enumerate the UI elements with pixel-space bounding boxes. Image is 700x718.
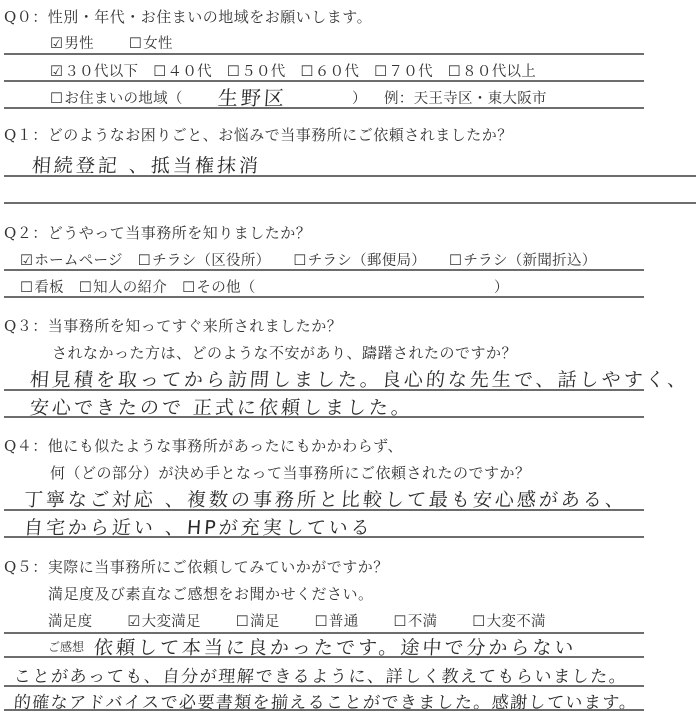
checkbox-empty-icon: ☐ <box>79 280 92 296</box>
satisfaction-option-dissatisfied[interactable]: ☐不満 <box>393 614 437 630</box>
q2-row-1: ☑ホームページ ☐チラシ（区役所） ☐チラシ（郵便局） ☐チラシ（新聞折込） <box>20 249 597 270</box>
source-option-signboard[interactable]: ☐看板 <box>20 280 64 296</box>
checkbox-empty-icon: ☐ <box>50 91 63 107</box>
source-option-other[interactable]: ☐その他（ <box>182 280 256 296</box>
answer-line <box>4 175 696 177</box>
age-option-30s-under[interactable]: ☑３０代以下 <box>50 64 138 80</box>
q4-answer-line-1[interactable]: 丁寧なご対応 、複数の事務所と比較して最も安心感がある、 <box>23 485 628 512</box>
q2-row-2: ☐看板 ☐知人の紹介 ☐その他（ <box>20 276 256 297</box>
q3-question: Q３：当事務所を知ってすぐ来所されましたか？ <box>4 315 342 336</box>
age-option-60s[interactable]: ☐６０代 <box>301 64 360 80</box>
divider-line <box>4 296 644 298</box>
answer-line <box>4 536 644 538</box>
gender-option-male[interactable]: ☑男性 <box>50 36 94 52</box>
q3-subquestion: されなかった方は、どのような不安があり、躊躇されたのですか？ <box>52 342 517 363</box>
answer-line <box>4 202 696 204</box>
checkbox-empty-icon: ☐ <box>293 253 306 269</box>
checkbox-checked-icon: ☑ <box>50 36 63 52</box>
checkbox-checked-icon: ☑ <box>20 253 33 269</box>
checkbox-checked-icon: ☑ <box>50 64 63 80</box>
checkbox-empty-icon: ☐ <box>315 614 328 630</box>
answer-line <box>4 509 644 511</box>
checkbox-empty-icon: ☐ <box>129 36 142 52</box>
q2-question: Q２：どうやって当事務所を知りましたか？ <box>4 222 311 243</box>
gender-option-female[interactable]: ☐女性 <box>129 36 173 52</box>
q1-answer-line-1[interactable]: 相続登記 、抵当権抹消 <box>31 151 262 178</box>
age-option-70s[interactable]: ☐７０代 <box>374 64 433 80</box>
q4-subquestion: 何（どの部分）が決め手となって当事務所にご依頼されたのですか？ <box>50 462 531 483</box>
answer-line <box>4 656 644 658</box>
q3-answer-line-1[interactable]: 相見積を取ってから訪問しました。良心的な先生で、話しやすく、 <box>29 365 690 392</box>
q0-age-row: ☑３０代以下 ☐４０代 ☐５０代 ☐６０代 ☐７０代 ☐８０代以上 <box>50 60 536 81</box>
area-label: お住まいの地域（ <box>64 91 182 107</box>
impression-label: ご感想 <box>48 638 84 655</box>
satisfaction-label: 満足度 <box>48 614 92 630</box>
satisfaction-option-satisfied[interactable]: ☐満足 <box>236 614 280 630</box>
source-option-homepage[interactable]: ☑ホームページ <box>20 253 123 269</box>
q0-area-row: ☐お住まいの地域（ <box>50 87 183 108</box>
divider-line <box>4 80 644 82</box>
age-option-80s-over[interactable]: ☐８０代以上 <box>448 64 536 80</box>
satisfaction-option-very-satisfied[interactable]: ☑大変満足 <box>127 614 201 630</box>
q1-question: Q１：どのようなお困りごと、お悩みで当事務所にご依頼されましたか？ <box>4 124 513 145</box>
checkbox-empty-icon: ☐ <box>448 64 461 80</box>
divider-line <box>4 107 644 109</box>
answer-line <box>4 685 644 687</box>
area-close-paren: ） <box>352 87 367 108</box>
satisfaction-option-neutral[interactable]: ☐普通 <box>315 614 359 630</box>
checkbox-empty-icon: ☐ <box>227 64 240 80</box>
checkbox-empty-icon: ☐ <box>236 614 249 630</box>
area-example: 例：天王寺区・東大阪市 <box>384 87 547 108</box>
checkbox-empty-icon: ☐ <box>449 253 462 269</box>
age-option-50s[interactable]: ☐５０代 <box>227 64 286 80</box>
checkbox-empty-icon: ☐ <box>374 64 387 80</box>
checkbox-empty-icon: ☐ <box>182 280 195 296</box>
age-option-40s[interactable]: ☐４０代 <box>153 64 212 80</box>
source-option-flyer-post-office[interactable]: ☐チラシ（郵便局） <box>293 253 426 269</box>
answer-line <box>4 389 644 391</box>
q0-gender-row: ☑男性 ☐女性 <box>50 32 173 53</box>
q4-question: Q４：他にも似たような事務所があったにもかかわらず、 <box>4 435 403 456</box>
q5-satisfaction-row: 満足度 ☑大変満足 ☐満足 ☐普通 ☐不満 ☐大変不満 <box>48 610 546 631</box>
q0-question: Q０：性別・年代・お住まいの地域をお願いします。 <box>4 6 372 27</box>
divider-line <box>4 53 644 55</box>
checkbox-empty-icon: ☐ <box>138 253 151 269</box>
source-option-referral[interactable]: ☐知人の紹介 <box>79 280 167 296</box>
q5-answer-line-2[interactable]: ことがあっても、自分が理解できるように、詳しく教えてもらいました。 <box>13 662 628 687</box>
checkbox-empty-icon: ☐ <box>393 614 406 630</box>
checkbox-empty-icon: ☐ <box>472 614 485 630</box>
checkbox-empty-icon: ☐ <box>20 280 33 296</box>
answer-line <box>4 416 644 418</box>
source-option-flyer-ward-office[interactable]: ☐チラシ（区役所） <box>138 253 271 269</box>
checkbox-checked-icon: ☑ <box>127 614 140 630</box>
q5-subquestion: 満足度及び素直なご感想をお聞かせください。 <box>48 583 374 604</box>
checkbox-empty-icon: ☐ <box>153 64 166 80</box>
satisfaction-option-very-dissatisfied[interactable]: ☐大変不満 <box>472 614 546 630</box>
source-option-flyer-newspaper[interactable]: ☐チラシ（新聞折込） <box>449 253 597 269</box>
checkbox-empty-icon: ☐ <box>301 64 314 80</box>
divider-line <box>4 269 644 271</box>
answer-line <box>4 709 644 711</box>
q5-question: Q５：実際に当事務所にご依頼してみていかがですか？ <box>4 556 389 577</box>
other-close-paren: ） <box>494 276 509 297</box>
